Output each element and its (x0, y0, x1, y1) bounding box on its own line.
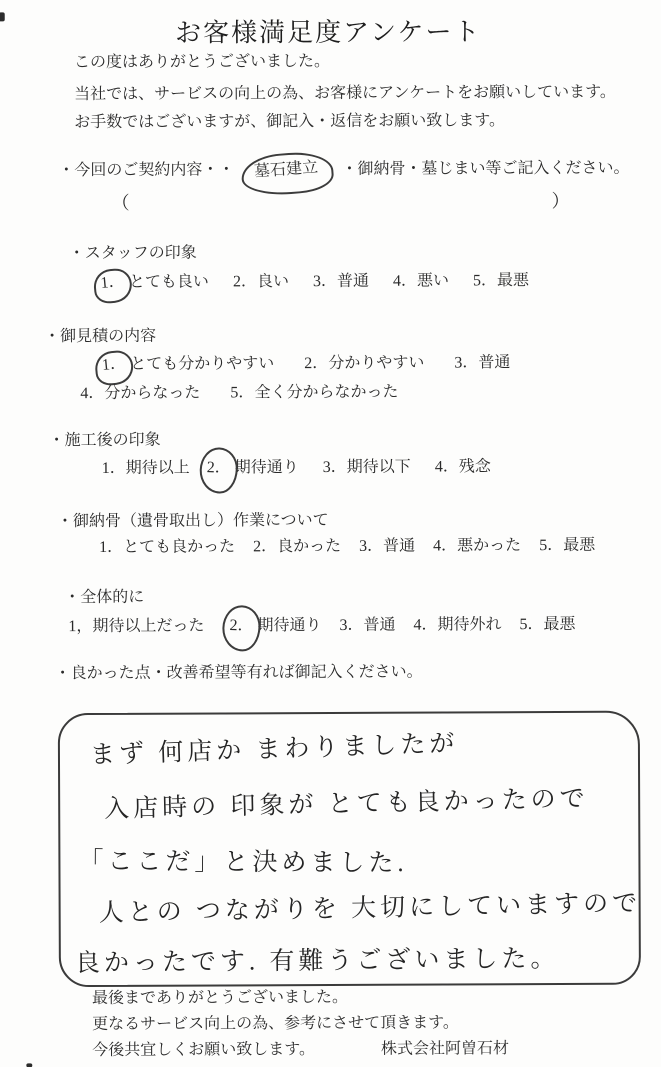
option-number: 4． (435, 457, 459, 476)
option-text: 期待以上 (126, 460, 190, 477)
option-number: 3． (339, 616, 363, 635)
option: 1．とても分かりやすい (99, 354, 274, 374)
question-options-staff: 1．とても良い 2．良い 3．普通 4．悪い 5．最悪 (98, 271, 529, 292)
footer-line-1: 最後までありがとうございました。 (92, 988, 348, 1008)
option-text: とても分かりやすい (130, 355, 274, 373)
handwritten-line: 良かったです. 有難うございました。 (75, 938, 560, 979)
option-text: 全く分からなかった (254, 384, 398, 402)
page-title: お客様満足度アンケート (0, 11, 659, 51)
option-text: 良かった (277, 538, 341, 555)
handwritten-line: まず 何店か まわりましたが (89, 723, 458, 771)
handwritten-line: 入店時の 印象が とても良かったので (104, 778, 589, 825)
option: 2．良かった (253, 537, 341, 557)
option-text: とても良い (129, 274, 209, 291)
option: 3．普通 (454, 353, 510, 372)
option-number: 3． (359, 537, 383, 556)
scan-artifact (0, 12, 5, 21)
option: 5．最悪 (519, 615, 575, 634)
footer-line-3: 今後共宜しくお願い致します。 株式会社阿曽石材 (92, 1039, 509, 1060)
option-number: 4． (393, 272, 417, 291)
option: 3．期待以下 (323, 458, 411, 478)
option-number: 2． (222, 605, 261, 652)
question-options-construction: 1．期待以上 2．期待通り 3．期待以下 4．残念 (102, 457, 491, 478)
intro-line-1: この度はありがとうございました。 (74, 52, 330, 72)
option: 3．普通 (339, 616, 395, 635)
option-number: 3． (323, 458, 347, 477)
option-text: 分からなった (104, 385, 200, 402)
question-options-overall: 1，期待以上だった 2．期待通り 3．普通 4．期待外れ 5．最悪 (68, 615, 589, 636)
option: 4．期待外れ (413, 615, 501, 635)
contract-options-rest: ・御納骨・墓じまい等ご記入ください。 (341, 160, 629, 178)
option-number: 5． (519, 615, 543, 634)
option-number: 1． (94, 349, 135, 387)
option-text: とても良かった (123, 538, 235, 555)
option-text: 普通 (383, 538, 415, 555)
option-text: 期待以上だった (92, 618, 204, 635)
option-text: 期待通り (257, 617, 321, 634)
handwritten-line: 「ここだ」と決めました. (78, 841, 407, 879)
scanned-survey-page: お客様満足度アンケート この度はありがとうございました。 当社では、サービスの向… (0, 0, 661, 1067)
option-text: 良い (257, 273, 289, 290)
open-paren: （ (111, 189, 129, 215)
option: 3．普通 (313, 272, 369, 291)
question-label-estimate: ・御見積の内容 (44, 327, 156, 347)
option-number: 4． (433, 536, 457, 555)
option-number: 3． (454, 353, 478, 372)
option-text: 期待以下 (347, 459, 411, 476)
option: 2．良い (233, 272, 289, 291)
intro-line-3: お手数ではございますが、御記入・返信をお願い致します。 (74, 111, 505, 132)
option: 5．最悪 (539, 536, 595, 555)
option-number: 3． (313, 272, 337, 291)
option-number: 5． (473, 271, 497, 290)
footer-line-2: 更なるサービス向上の為、参考にさせて頂きます。 (92, 1013, 459, 1034)
option-text: 最悪 (544, 616, 576, 633)
option: 1．とても良い (98, 273, 209, 293)
option-text: 悪い (417, 272, 449, 289)
option-number: 1． (99, 538, 123, 557)
option-text: 普通 (337, 273, 369, 290)
option: 2．期待通り (204, 458, 299, 478)
question-label-interment: ・御納骨（遺骨取出し）作業について (57, 511, 329, 531)
option: 4．分からなった (80, 384, 200, 404)
option: 1，期待以上だった (68, 617, 204, 637)
option-text: 最悪 (563, 537, 595, 554)
option: 1．とても良かった (99, 537, 235, 557)
comment-prompt: ・良かった点・改善希望等有れば御記入ください。 (55, 663, 423, 684)
option-text: 分かりやすい (328, 355, 424, 372)
question-options-estimate-row1: 1．とても分かりやすい 2．分かりやすい 3．普通 (99, 353, 510, 374)
option: 4．悪かった (433, 536, 521, 556)
option-number: 2． (199, 447, 238, 494)
question-label-construction: ・施工後の印象 (49, 431, 161, 451)
option: 3．普通 (359, 537, 415, 556)
option-text: 悪かった (457, 537, 521, 554)
option-number: 2． (304, 354, 328, 373)
option-number: 1， (68, 617, 92, 636)
option: 2．分かりやすい (304, 354, 424, 374)
option: 2．期待通り (226, 616, 321, 636)
intro-line-2: 当社では、サービスの向上の為、お客様にアンケートをお願いしています。 (74, 83, 616, 105)
question-label-staff: ・スタッフの印象 (69, 244, 197, 264)
option-number: 4． (80, 384, 104, 403)
scan-artifact (26, 1063, 32, 1067)
option-text: 残念 (459, 458, 491, 475)
close-paren: ） (551, 187, 569, 213)
option: 4．悪い (393, 271, 449, 290)
option-text: 普通 (363, 617, 395, 634)
question-options-estimate-row2: 4．分からなった 5．全く分からなかった (80, 383, 398, 404)
option: 5．最悪 (473, 271, 529, 290)
option: 4．残念 (435, 457, 491, 476)
contract-label: ・今回のご契約内容・・ (58, 161, 234, 179)
handwritten-comment-box: まず 何店か まわりましたが 入店時の 印象が とても良かったので 「ここだ」と… (58, 711, 641, 988)
option-text: 普通 (478, 354, 510, 371)
option-number: 2． (253, 537, 277, 556)
footer-closing: 今後共宜しくお願い致します。 (92, 1041, 315, 1059)
option-number: 5． (539, 536, 563, 555)
option-text: 期待外れ (437, 616, 501, 633)
option-text: 期待通り (235, 459, 299, 476)
option-number: 5． (230, 383, 254, 402)
option-number: 4． (413, 616, 437, 635)
option-number: 1． (92, 267, 133, 305)
company-name: 株式会社阿曽石材 (381, 1040, 509, 1058)
answer-blank-parens: （ ） (111, 187, 569, 215)
question-label-overall: ・全体的に (64, 588, 144, 608)
option: 5．全く分からなかった (230, 383, 398, 403)
option: 1．期待以上 (102, 459, 190, 479)
contract-question: ・今回のご契約内容・・ 墓石建立 ・御納骨・墓じまい等ご記入ください。 (58, 159, 629, 181)
option-number: 2． (233, 272, 257, 291)
handwritten-line: 人との つながりを 大切にしていますので (98, 883, 641, 929)
option-number: 1． (102, 459, 126, 478)
question-options-interment: 1．とても良かった 2．良かった 3．普通 4．悪かった 5．最悪 (99, 536, 609, 557)
option-text: 最悪 (497, 272, 529, 289)
